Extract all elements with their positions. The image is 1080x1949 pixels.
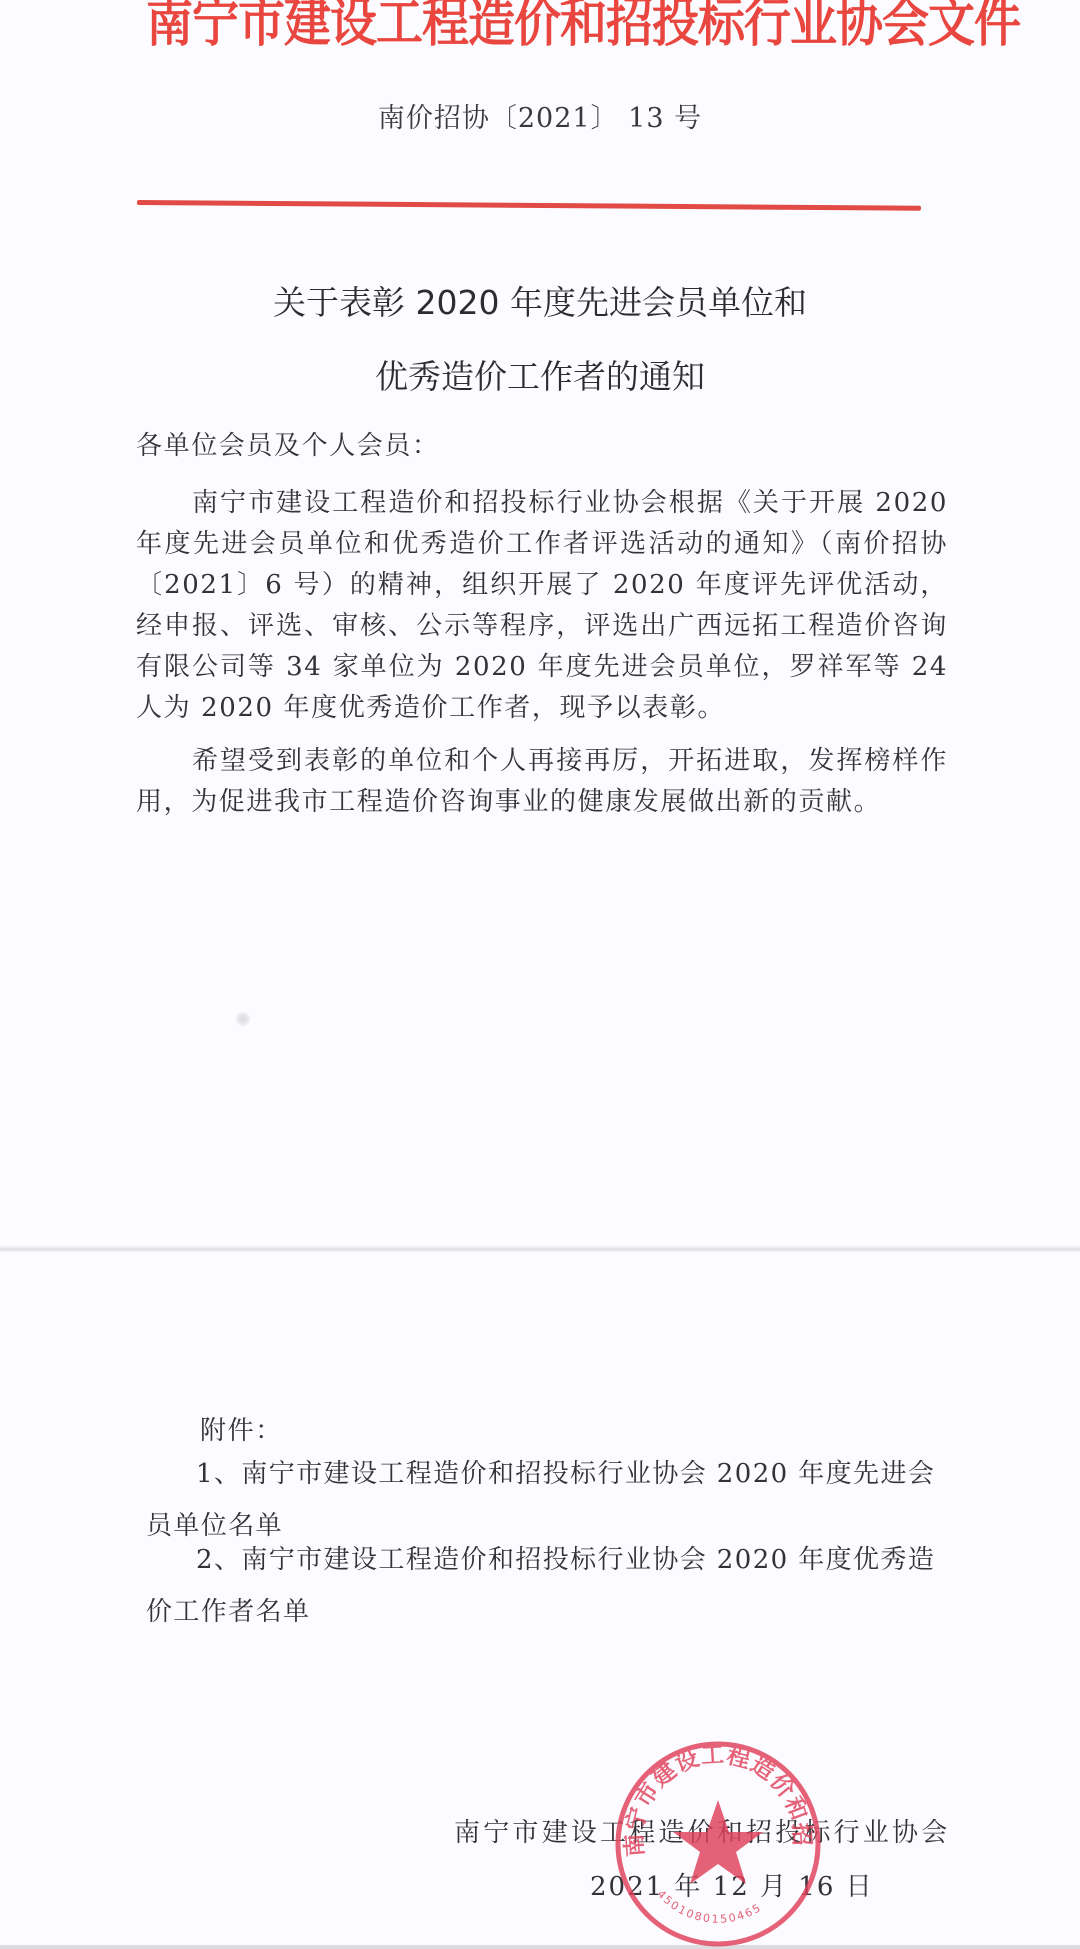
body-paragraph-1: 南宁市建设工程造价和招投标行业协会根据《关于开展 2020 年度先进会员单位和优… — [136, 483, 948, 729]
attachments-label: 附件： — [200, 1410, 283, 1447]
notice-title-line-2: 优秀造价工作者的通知 — [0, 351, 1080, 398]
body-paragraph-2: 希望受到表彰的单位和个人再接再厉，开拓进取，发挥榜样作用，为促进我市工程造价咨询… — [136, 741, 948, 823]
page-bottom-edge — [0, 1945, 1080, 1949]
notice-title-line-1: 关于表彰 2020 年度先进会员单位和 — [0, 277, 1080, 324]
document-number: 南价招协〔2021〕 13 号 — [0, 96, 1080, 135]
signature-organization: 南宁市建设工程造价和招投标行业协会 — [454, 1812, 950, 1849]
attachment-item-2: 2、南宁市建设工程造价和招投标行业协会 2020 年度优秀造价工作者名单 — [146, 1534, 936, 1638]
signature-date: 2021 年 12 月 16 日 — [590, 1866, 874, 1903]
document-masthead: 南宁市建设工程造价和招投标行业协会文件 — [146, 0, 926, 57]
scan-smudge — [236, 1012, 250, 1026]
salutation: 各单位会员及个人会员： — [136, 426, 948, 467]
